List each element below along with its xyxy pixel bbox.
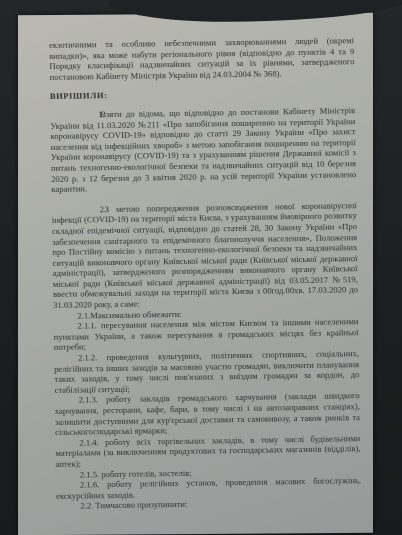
item-1: 1. Взяти до відома, що відповідно до пос… — [50, 105, 356, 195]
subitem-2-1-2: 2.1.2. проведення культурних, політичних… — [54, 348, 360, 395]
subitem-2-1-3: 2.1.3. роботу закладів громадського харч… — [55, 391, 361, 438]
item-2-text: З метою попередження розповсюдження ново… — [52, 200, 358, 310]
photo-scene: екзотичними та особливо небезпечними зах… — [0, 0, 402, 535]
subitem-2-1-1: 2.1.1. пересування населення між містом … — [53, 316, 358, 353]
intro-paragraph: екзотичними та особливо небезпечними зах… — [49, 35, 355, 82]
document-text: екзотичними та особливо небезпечними зах… — [49, 35, 361, 512]
decision-heading: ВИРІШИЛИ: — [50, 87, 355, 102]
item-2: 2. З метою попередження розповсюдження н… — [52, 200, 359, 311]
item-2-number: 2. — [76, 204, 98, 215]
item-1-number: 1. — [74, 109, 96, 120]
subitem-2-1-4: 2.1.4. роботу всіх торгівельних закладів… — [55, 433, 360, 470]
item-1-text: Взяти до відома, що відповідно до постан… — [50, 105, 356, 194]
